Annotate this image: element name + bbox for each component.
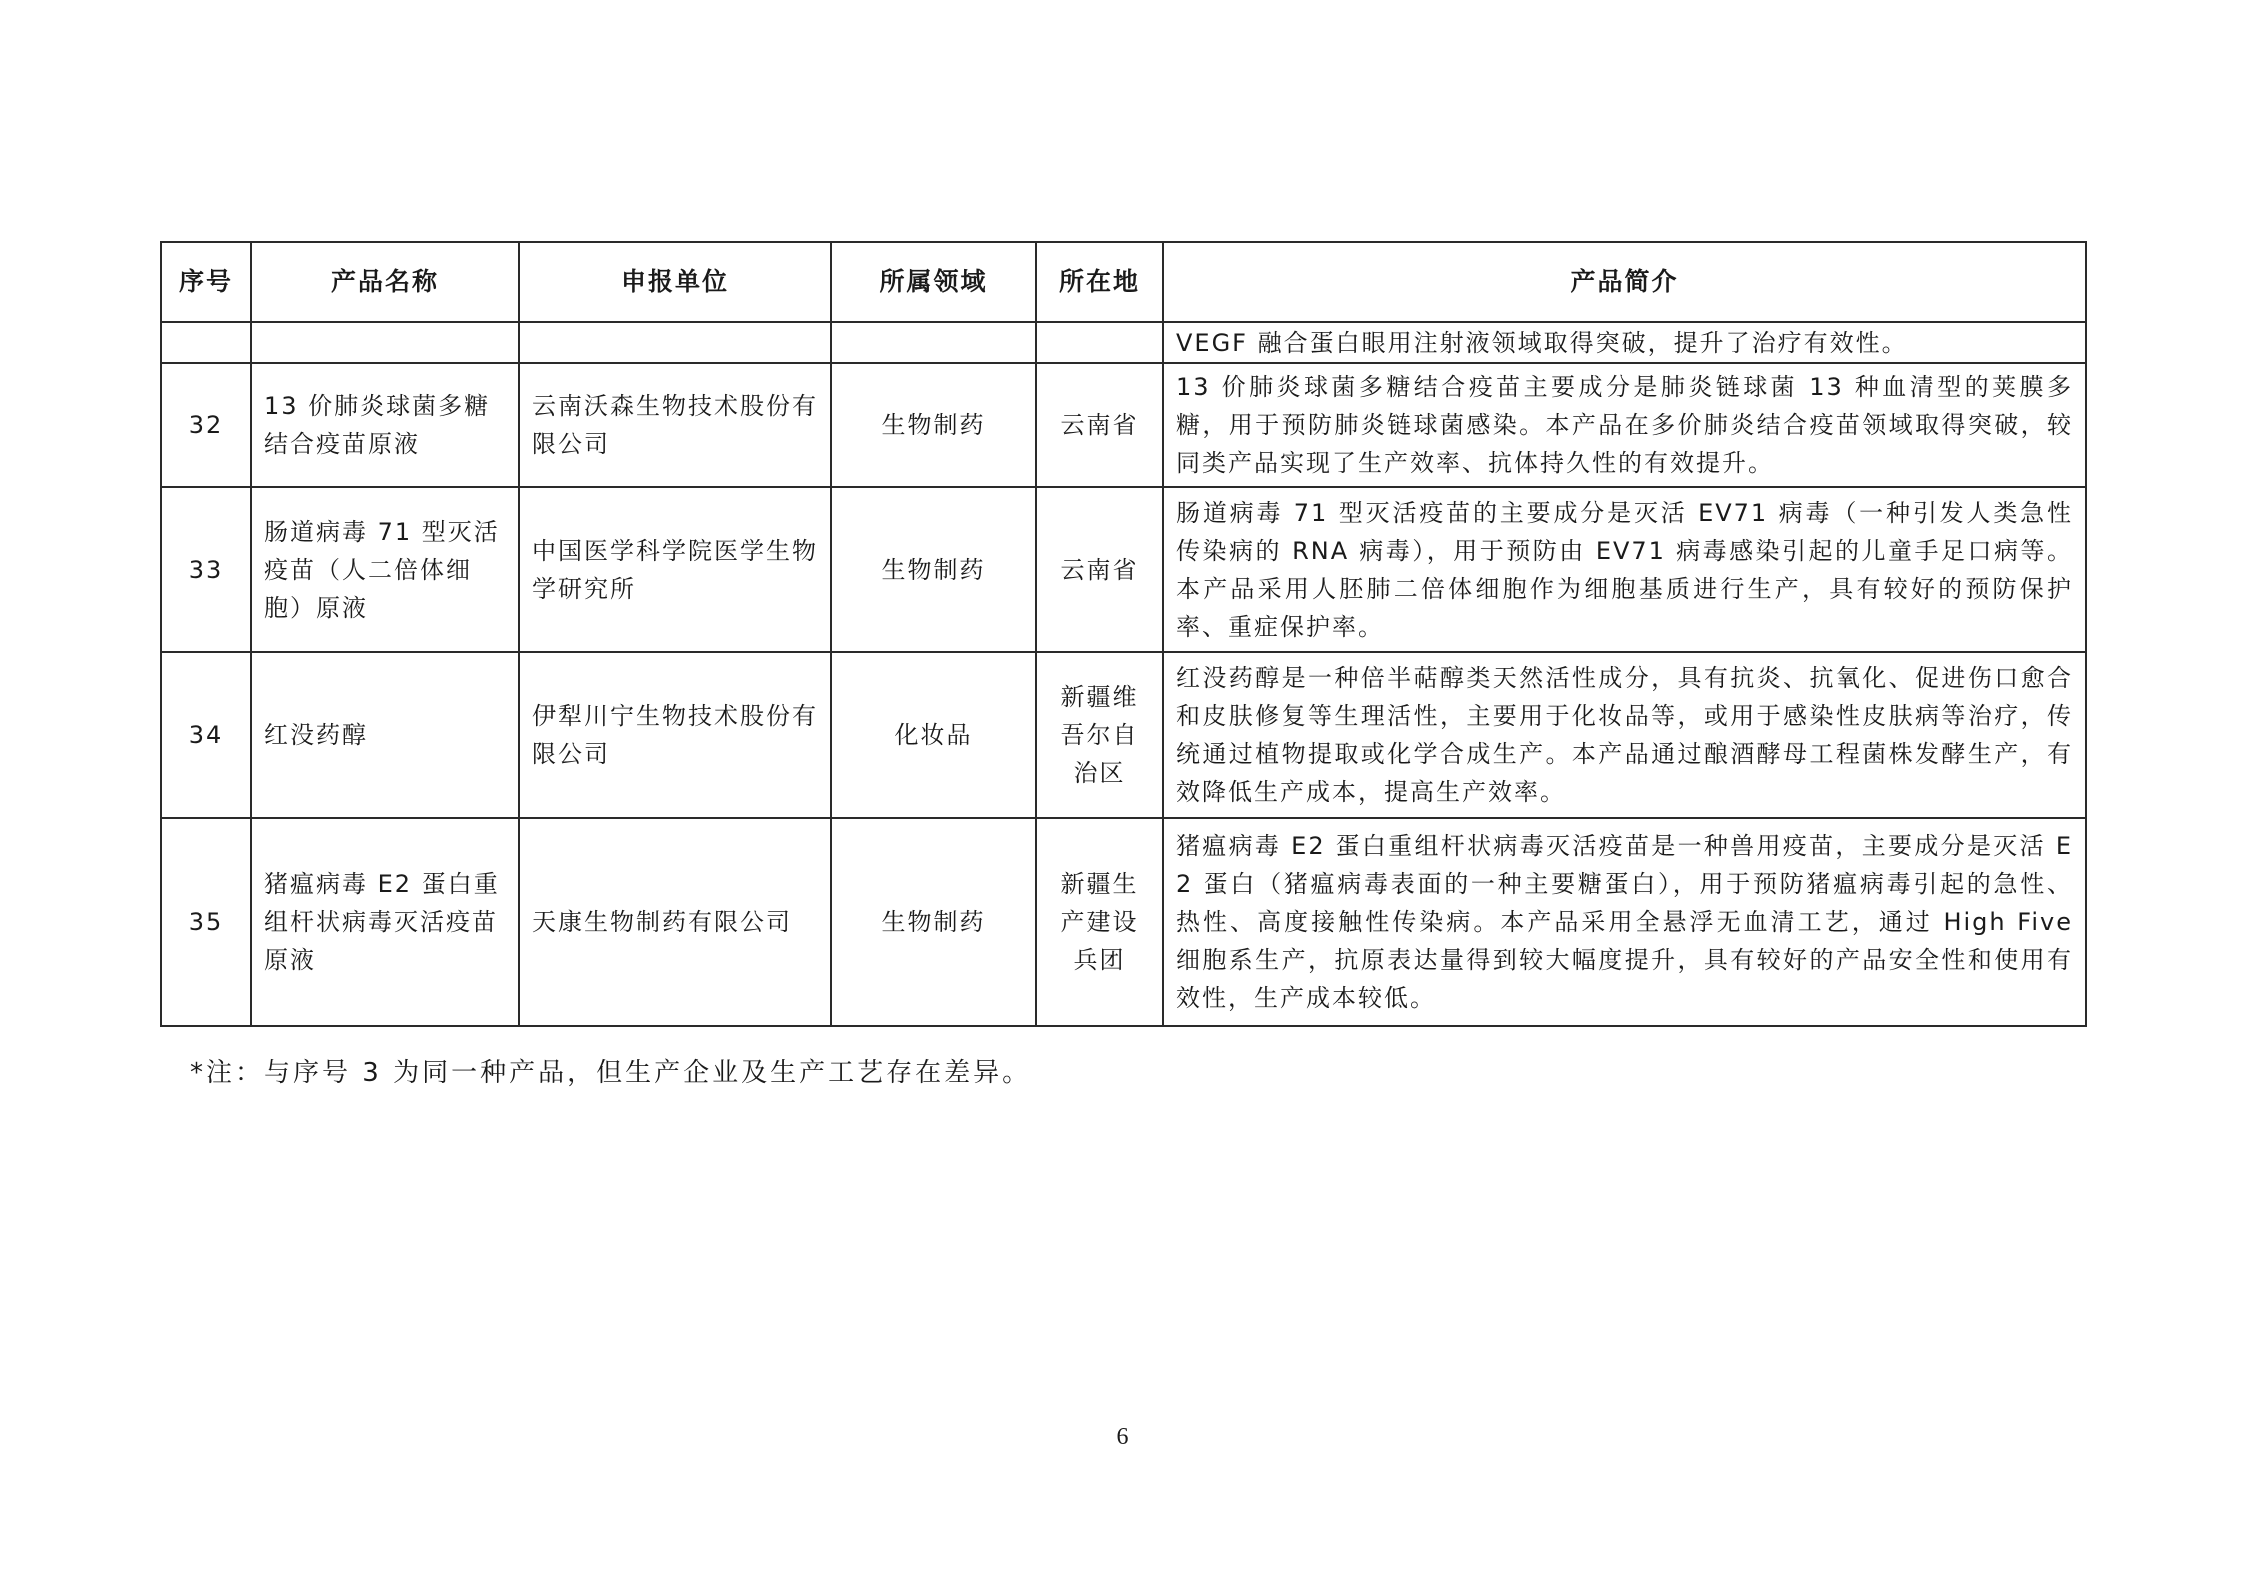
product-table: 序号 产品名称 申报单位 所属领域 所在地 产品简介 VEGF 融合蛋白眼用注射… bbox=[160, 241, 2087, 1027]
cell-product-name: 13 价肺炎球菌多糖结合疫苗原液 bbox=[251, 363, 519, 487]
cell-applicant-unit bbox=[519, 322, 831, 363]
table-row: 33 肠道病毒 71 型灭活疫苗（人二倍体细胞）原液 中国医学科学院医学生物学研… bbox=[161, 487, 2086, 652]
cell-applicant-unit: 伊犁川宁生物技术股份有限公司 bbox=[519, 652, 831, 818]
page-number: 6 bbox=[0, 1424, 2245, 1451]
cell-product-name bbox=[251, 322, 519, 363]
cell-num: 33 bbox=[161, 487, 251, 652]
table-row-continuation: VEGF 融合蛋白眼用注射液领域取得突破，提升了治疗有效性。 bbox=[161, 322, 2086, 363]
cell-field: 化妆品 bbox=[831, 652, 1036, 818]
cell-num bbox=[161, 322, 251, 363]
cell-field bbox=[831, 322, 1036, 363]
table-row: 35 猪瘟病毒 E2 蛋白重组杆状病毒灭活疫苗原液 天康生物制药有限公司 生物制… bbox=[161, 818, 2086, 1026]
header-applicant-unit: 申报单位 bbox=[519, 242, 831, 322]
cell-location: 云南省 bbox=[1036, 487, 1163, 652]
cell-description: 猪瘟病毒 E2 蛋白重组杆状病毒灭活疫苗是一种兽用疫苗，主要成分是灭活 E2 蛋… bbox=[1163, 818, 2086, 1026]
cell-description: 红没药醇是一种倍半萜醇类天然活性成分，具有抗炎、抗氧化、促进伤口愈合和皮肤修复等… bbox=[1163, 652, 2086, 818]
header-product-name: 产品名称 bbox=[251, 242, 519, 322]
cell-field: 生物制药 bbox=[831, 487, 1036, 652]
document-page: 序号 产品名称 申报单位 所属领域 所在地 产品简介 VEGF 融合蛋白眼用注射… bbox=[0, 0, 2245, 1587]
cell-applicant-unit: 中国医学科学院医学生物学研究所 bbox=[519, 487, 831, 652]
cell-field: 生物制药 bbox=[831, 818, 1036, 1026]
header-location: 所在地 bbox=[1036, 242, 1163, 322]
cell-description: 13 价肺炎球菌多糖结合疫苗主要成分是肺炎链球菌 13 种血清型的荚膜多糖，用于… bbox=[1163, 363, 2086, 487]
cell-description: VEGF 融合蛋白眼用注射液领域取得突破，提升了治疗有效性。 bbox=[1163, 322, 2086, 363]
cell-applicant-unit: 天康生物制药有限公司 bbox=[519, 818, 831, 1026]
cell-location: 新疆维吾尔自治区 bbox=[1036, 652, 1163, 818]
cell-description: 肠道病毒 71 型灭活疫苗的主要成分是灭活 EV71 病毒（一种引发人类急性传染… bbox=[1163, 487, 2086, 652]
cell-product-name: 猪瘟病毒 E2 蛋白重组杆状病毒灭活疫苗原液 bbox=[251, 818, 519, 1026]
cell-location: 新疆生产建设兵团 bbox=[1036, 818, 1163, 1026]
header-num: 序号 bbox=[161, 242, 251, 322]
cell-location bbox=[1036, 322, 1163, 363]
cell-num: 34 bbox=[161, 652, 251, 818]
cell-product-name: 红没药醇 bbox=[251, 652, 519, 818]
header-field: 所属领域 bbox=[831, 242, 1036, 322]
table-header-row: 序号 产品名称 申报单位 所属领域 所在地 产品简介 bbox=[161, 242, 2086, 322]
cell-applicant-unit: 云南沃森生物技术股份有限公司 bbox=[519, 363, 831, 487]
cell-field: 生物制药 bbox=[831, 363, 1036, 487]
table-row: 32 13 价肺炎球菌多糖结合疫苗原液 云南沃森生物技术股份有限公司 生物制药 … bbox=[161, 363, 2086, 487]
header-description: 产品简介 bbox=[1163, 242, 2086, 322]
cell-num: 32 bbox=[161, 363, 251, 487]
table-row: 34 红没药醇 伊犁川宁生物技术股份有限公司 化妆品 新疆维吾尔自治区 红没药醇… bbox=[161, 652, 2086, 818]
cell-product-name: 肠道病毒 71 型灭活疫苗（人二倍体细胞）原液 bbox=[251, 487, 519, 652]
cell-num: 35 bbox=[161, 818, 251, 1026]
cell-location: 云南省 bbox=[1036, 363, 1163, 487]
footnote: *注：与序号 3 为同一种产品，但生产企业及生产工艺存在差异。 bbox=[190, 1052, 1031, 1089]
